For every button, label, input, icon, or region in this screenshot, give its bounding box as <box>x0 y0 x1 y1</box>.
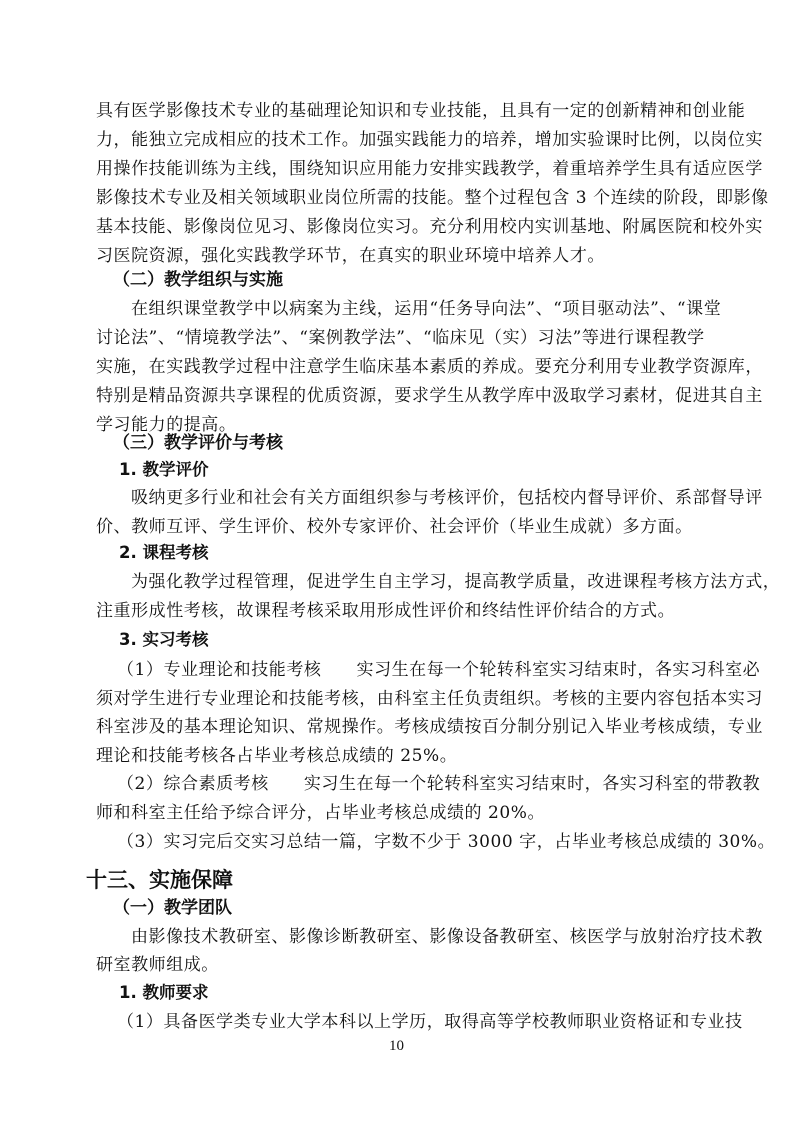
list-item-line: 须对学生进行专业理论和技能考核，由科室主任负责组织。考核的主要内容包括本实习 <box>96 688 700 710</box>
list-item-line: （2）综合素质考核 实习生在每一个轮转科室实习结束时，各实习科室的带教教 <box>117 773 721 795</box>
subheading-teaching-evaluation: 1. 教学评价 <box>119 459 209 481</box>
section-heading-teaching-organization: （二）教学组织与实施 <box>113 269 283 291</box>
list-item-line: 师和科室主任给予综合评分，占毕业考核总成绩的 20%。 <box>96 802 700 824</box>
paragraph-line: 由影像技术教研室、影像诊断教研室、影像设备教研室、核医学与放射治疗技术教 <box>131 926 700 948</box>
list-item-line: （1）专业理论和技能考核 实习生在每一个轮转科室实习结束时，各实习科室必 <box>117 659 721 681</box>
document-page: 具有医学影像技术专业的基础理论知识和专业技能，且具有一定的创新精神和创业能 力，… <box>0 0 793 1122</box>
paragraph-line: 研室教师组成。 <box>96 954 700 976</box>
paragraph-line: 注重形成性考核，故课程考核采取用形成性评价和终结性评价结合的方式。 <box>96 600 700 622</box>
paragraph-line: 具有医学影像技术专业的基础理论知识和专业技能，且具有一定的创新精神和创业能 <box>96 100 700 122</box>
paragraph-line: 用操作技能训练为主线，围绕知识应用能力安排实践教学，着重培养学生具有适应医学 <box>96 158 700 180</box>
paragraph-line: 习医院资源，强化实践教学环节，在真实的职业环境中培养人才。 <box>96 245 700 267</box>
paragraph-line: 吸纳更多行业和社会有关方面组织参与考核评价，包括校内督导评价、系部督导评 <box>131 487 700 509</box>
paragraph-line: 为强化教学过程管理，促进学生自主学习，提高教学质量，改进课程考核方法方式， <box>131 571 700 593</box>
list-item-line: （3）实习完后交实习总结一篇，字数不少于 3000 字，占毕业考核总成绩的 30… <box>117 831 721 853</box>
subheading-teacher-requirements: 1. 教师要求 <box>119 982 209 1004</box>
section-heading-evaluation: （三）教学评价与考核 <box>113 432 283 454</box>
list-item-line: 理论和技能考核各占毕业考核总成绩的 25%。 <box>96 745 700 767</box>
section-heading-teaching-team: （一）教学团队 <box>113 897 232 919</box>
paragraph-line: 讨论法”、“情境教学法”、“案例教学法”、“临床见（实）习法”等进行课程教学 <box>96 327 700 349</box>
list-item-line: 科室涉及的基本理论知识、常规操作。考核成绩按百分制分别记入毕业考核成绩，专业 <box>96 716 700 738</box>
paragraph-line: 影像技术专业及相关领域职业岗位所需的技能。整个过程包含 3 个连续的阶段，即影像 <box>96 187 700 209</box>
paragraph-line: 价、教师互评、学生评价、校外专家评价、社会评价（毕业生成就）多方面。 <box>96 516 700 538</box>
subheading-course-assessment: 2. 课程考核 <box>119 542 209 564</box>
paragraph-line: 实施，在实践教学过程中注意学生临床基本素质的养成。要充分利用专业教学资源库， <box>96 356 700 378</box>
chapter-heading-implementation-guarantee: 十三、实施保障 <box>86 867 233 893</box>
paragraph-line: 基本技能、影像岗位见习、影像岗位实习。充分利用校内实训基地、附属医院和校外实 <box>96 216 700 238</box>
paragraph-line: 在组织课堂教学中以病案为主线，运用“任务导向法”、“项目驱动法”、“课堂 <box>131 298 700 320</box>
paragraph-line: 力，能独立完成相应的技术工作。加强实践能力的培养，增加实验课时比例，以岗位实 <box>96 129 700 151</box>
list-item-line: （1）具备医学类专业大学本科以上学历，取得高等学校教师职业资格证和专业技 <box>117 1011 721 1033</box>
subheading-internship-assessment: 3. 实习考核 <box>119 629 209 651</box>
paragraph-line: 特别是精品资源共享课程的优质资源，要求学生从教学库中汲取学习素材，促进其自主 <box>96 385 700 407</box>
page-number: 10 <box>0 1038 793 1055</box>
